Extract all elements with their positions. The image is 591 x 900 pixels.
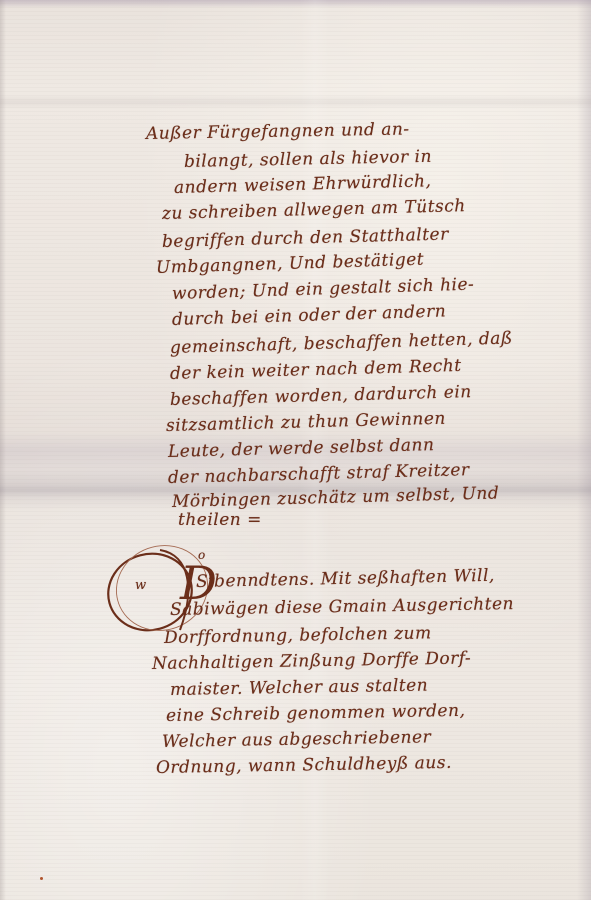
block2-line-3: Dorffordnung, befolchen zum	[164, 623, 432, 648]
upper-fold-crease	[0, 95, 591, 109]
block1-line-11: beschaffen worden, dardurch ein	[170, 382, 472, 410]
block1-line-9: gemeinschaft, beschaffen hetten, daß	[170, 328, 513, 358]
right-edge-shadow	[577, 0, 591, 900]
block2-line-5: maister. Welcher aus stalten	[170, 675, 429, 700]
block2-line-2: Sabiwägen diese Gmain Ausgerichten	[170, 594, 514, 620]
manuscript-page: Außer Fürgefangnen und an- bilangt, soll…	[0, 0, 591, 900]
block2-line-8: Ordnung, wann Schuldheyß aus.	[156, 753, 452, 778]
block1-line-1: Außer Fürgefangnen und an-	[146, 119, 410, 144]
top-edge-shadow	[0, 0, 591, 8]
block1-line-5: begriffen durch den Statthalter	[162, 224, 449, 252]
initial-prefix: w	[135, 578, 147, 593]
block1-line-16: theilen =	[178, 510, 262, 530]
ink-spot	[40, 877, 43, 880]
block2-line-1: Sibenndtens. Mit seßhaften Will,	[196, 566, 495, 592]
block1-line-13: Leute, der werde selbst dann	[168, 435, 435, 462]
block2-line-7: Welcher aus abgeschriebener	[162, 727, 432, 752]
block2-line-6: eine Schreib genommen worden,	[166, 701, 466, 726]
block1-line-2: bilangt, sollen als hievor in	[184, 147, 432, 172]
left-edge-shadow	[0, 0, 6, 900]
block2-line-4: Nachhaltigen Zinßung Dorffe Dorf-	[152, 648, 472, 674]
block1-line-3: andern weisen Ehrwürdlich,	[174, 171, 432, 198]
initial-superscript: o	[198, 548, 206, 562]
block1-line-10: der kein weiter nach dem Recht	[170, 356, 462, 384]
block1-line-6: Umbgangnen, Und bestätiget	[156, 250, 425, 278]
block1-line-12: sitzsamtlich zu thun Gewinnen	[166, 409, 446, 436]
block1-line-4: zu schreiben allwegen am Tütsch	[162, 196, 466, 224]
